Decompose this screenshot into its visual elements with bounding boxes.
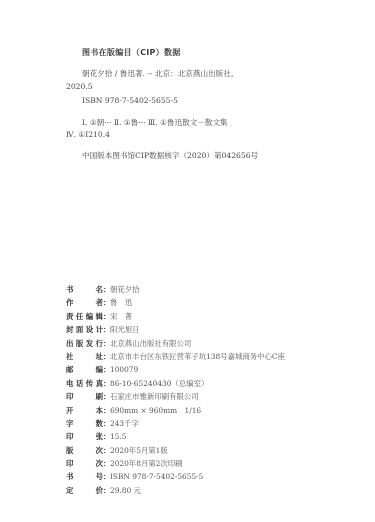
info-label-char: 刷 bbox=[96, 390, 103, 403]
info-row: 书号：ISBN 978-7-5402-5655-5 bbox=[66, 470, 285, 483]
info-value: 243千字 bbox=[110, 417, 139, 430]
info-row: 开本：690mm × 960mm 1/16 bbox=[66, 404, 285, 417]
info-colon: ： bbox=[103, 470, 110, 483]
cip-line-subjects: Ⅰ. ①朝··· Ⅱ. ①鲁··· Ⅲ. ①鲁迅散文－散文集 bbox=[82, 117, 228, 128]
info-label: 封面设计 bbox=[66, 323, 103, 336]
info-row: 印次：2020年8月第2次印刷 bbox=[66, 457, 285, 470]
info-row: 邮编：100079 bbox=[66, 363, 285, 376]
info-label-char: 编 bbox=[86, 310, 93, 323]
info-value: 石家庄市雅新印刷有限公司 bbox=[110, 390, 199, 403]
info-label-char: 次 bbox=[96, 444, 103, 457]
info-label-char: 社 bbox=[66, 350, 73, 363]
info-row: 印张：15.5 bbox=[66, 430, 285, 443]
info-label-char: 面 bbox=[76, 323, 83, 336]
info-row: 社址：北京市丰台区东铁匠营苇子坑138号嘉城商务中心C座 bbox=[66, 350, 285, 363]
info-label-char: 邮 bbox=[66, 363, 73, 376]
info-value: 2020年5月第1版 bbox=[110, 444, 168, 457]
info-value: 朝花夕拾 bbox=[110, 283, 140, 296]
info-value: 690mm × 960mm 1/16 bbox=[110, 404, 201, 417]
info-label-char: 封 bbox=[66, 323, 73, 336]
info-row: 书名：朝花夕拾 bbox=[66, 283, 285, 296]
info-value: 15.5 bbox=[110, 430, 126, 443]
info-label: 责任编辑 bbox=[66, 310, 103, 323]
info-label-char: 出 bbox=[66, 337, 73, 350]
info-label-char: 版 bbox=[66, 444, 73, 457]
cip-line-year: 2020.5 bbox=[66, 82, 93, 91]
info-colon: ： bbox=[103, 390, 110, 403]
info-label-char: 价 bbox=[96, 484, 103, 497]
info-label: 书名 bbox=[66, 283, 103, 296]
info-label: 印张 bbox=[66, 430, 103, 443]
info-label-char: 版 bbox=[76, 337, 83, 350]
info-row: 封面设计：阳光旭日 bbox=[66, 323, 285, 336]
cip-line-classification: Ⅳ. ①I210.4 bbox=[66, 130, 110, 139]
info-label-char: 计 bbox=[96, 323, 103, 336]
cip-line-isbn: ISBN 978-7-5402-5655-5 bbox=[82, 96, 178, 105]
info-label: 作者 bbox=[66, 296, 103, 309]
info-value: 北京燕山出版社有限公司 bbox=[110, 337, 191, 350]
info-label-char: 印 bbox=[66, 457, 73, 470]
info-value: 86-10-65240430（总编室） bbox=[110, 377, 208, 390]
info-label-char: 话 bbox=[76, 377, 83, 390]
info-label-char: 定 bbox=[66, 484, 73, 497]
info-label: 开本 bbox=[66, 404, 103, 417]
info-label: 定价 bbox=[66, 484, 103, 497]
info-label: 电话传真 bbox=[66, 377, 103, 390]
info-label-char: 张 bbox=[96, 430, 103, 443]
cip-title: 图书在版编目（CIP）数据 bbox=[82, 47, 181, 58]
info-colon: ： bbox=[103, 377, 110, 390]
info-label-char: 字 bbox=[66, 417, 73, 430]
info-label: 印次 bbox=[66, 457, 103, 470]
info-label-char: 数 bbox=[96, 417, 103, 430]
info-colon: ： bbox=[103, 430, 110, 443]
info-row: 定价：29.80 元 bbox=[66, 484, 285, 497]
info-label: 字数 bbox=[66, 417, 103, 430]
info-label-char: 印 bbox=[66, 430, 73, 443]
info-colon: ： bbox=[103, 417, 110, 430]
info-colon: ： bbox=[103, 337, 110, 350]
info-label-char: 作 bbox=[66, 296, 73, 309]
info-value: 宋 菁 bbox=[110, 310, 132, 323]
info-label-char: 印 bbox=[66, 390, 73, 403]
info-label-char: 开 bbox=[66, 404, 73, 417]
info-row: 作者：鲁 迅 bbox=[66, 296, 285, 309]
info-colon: ： bbox=[103, 404, 110, 417]
info-label: 版次 bbox=[66, 444, 103, 457]
info-value: 100079 bbox=[110, 363, 138, 376]
info-row: 字数：243千字 bbox=[66, 417, 285, 430]
info-label: 社址 bbox=[66, 350, 103, 363]
info-label-char: 本 bbox=[96, 404, 103, 417]
info-value: ISBN 978-7-5402-5655-5 bbox=[110, 470, 203, 483]
info-label-char: 任 bbox=[76, 310, 83, 323]
info-label-char: 行 bbox=[96, 337, 103, 350]
info-colon: ： bbox=[103, 350, 110, 363]
info-colon: ： bbox=[103, 444, 110, 457]
info-colon: ： bbox=[103, 310, 110, 323]
info-value: 北京市丰台区东铁匠营苇子坑138号嘉城商务中心C座 bbox=[110, 350, 285, 363]
info-row: 出版发行：北京燕山出版社有限公司 bbox=[66, 337, 285, 350]
info-label-char: 电 bbox=[66, 377, 73, 390]
info-label-char: 传 bbox=[86, 377, 93, 390]
info-label-char: 址 bbox=[96, 350, 103, 363]
info-label: 印刷 bbox=[66, 390, 103, 403]
info-colon: ： bbox=[103, 484, 110, 497]
info-label: 邮编 bbox=[66, 363, 103, 376]
info-label: 书号 bbox=[66, 470, 103, 483]
info-label-char: 真 bbox=[96, 377, 103, 390]
cip-line-title-author: 朝花夕拾 / 鲁迅著. -- 北京：北京燕山出版社， bbox=[82, 68, 238, 79]
info-label: 出版发行 bbox=[66, 337, 103, 350]
cip-line-record-number: 中国版本图书馆CIP数据核字（2020）第042656号 bbox=[82, 150, 258, 161]
info-label-char: 者 bbox=[96, 296, 103, 309]
info-colon: ： bbox=[103, 323, 110, 336]
info-colon: ： bbox=[103, 296, 110, 309]
info-value: 2020年8月第2次印刷 bbox=[110, 457, 183, 470]
info-colon: ： bbox=[103, 457, 110, 470]
info-value: 鲁 迅 bbox=[110, 296, 132, 309]
info-colon: ： bbox=[103, 283, 110, 296]
info-label-char: 辑 bbox=[96, 310, 103, 323]
info-row: 责任编辑：宋 菁 bbox=[66, 310, 285, 323]
info-label-char: 编 bbox=[96, 363, 103, 376]
info-label-char: 名 bbox=[96, 283, 103, 296]
publication-info: 书名：朝花夕拾作者：鲁 迅责任编辑：宋 菁封面设计：阳光旭日出版发行：北京燕山出… bbox=[66, 283, 285, 497]
info-label-char: 书 bbox=[66, 283, 73, 296]
info-row: 电话传真：86-10-65240430（总编室） bbox=[66, 377, 285, 390]
info-label-char: 发 bbox=[86, 337, 93, 350]
info-row: 印刷：石家庄市雅新印刷有限公司 bbox=[66, 390, 285, 403]
info-label-char: 责 bbox=[66, 310, 73, 323]
info-value: 阳光旭日 bbox=[110, 323, 140, 336]
info-label-char: 号 bbox=[96, 470, 103, 483]
info-value: 29.80 元 bbox=[110, 484, 141, 497]
info-label-char: 书 bbox=[66, 470, 73, 483]
info-colon: ： bbox=[103, 363, 110, 376]
info-label-char: 次 bbox=[96, 457, 103, 470]
info-row: 版次：2020年5月第1版 bbox=[66, 444, 285, 457]
info-label-char: 设 bbox=[86, 323, 93, 336]
